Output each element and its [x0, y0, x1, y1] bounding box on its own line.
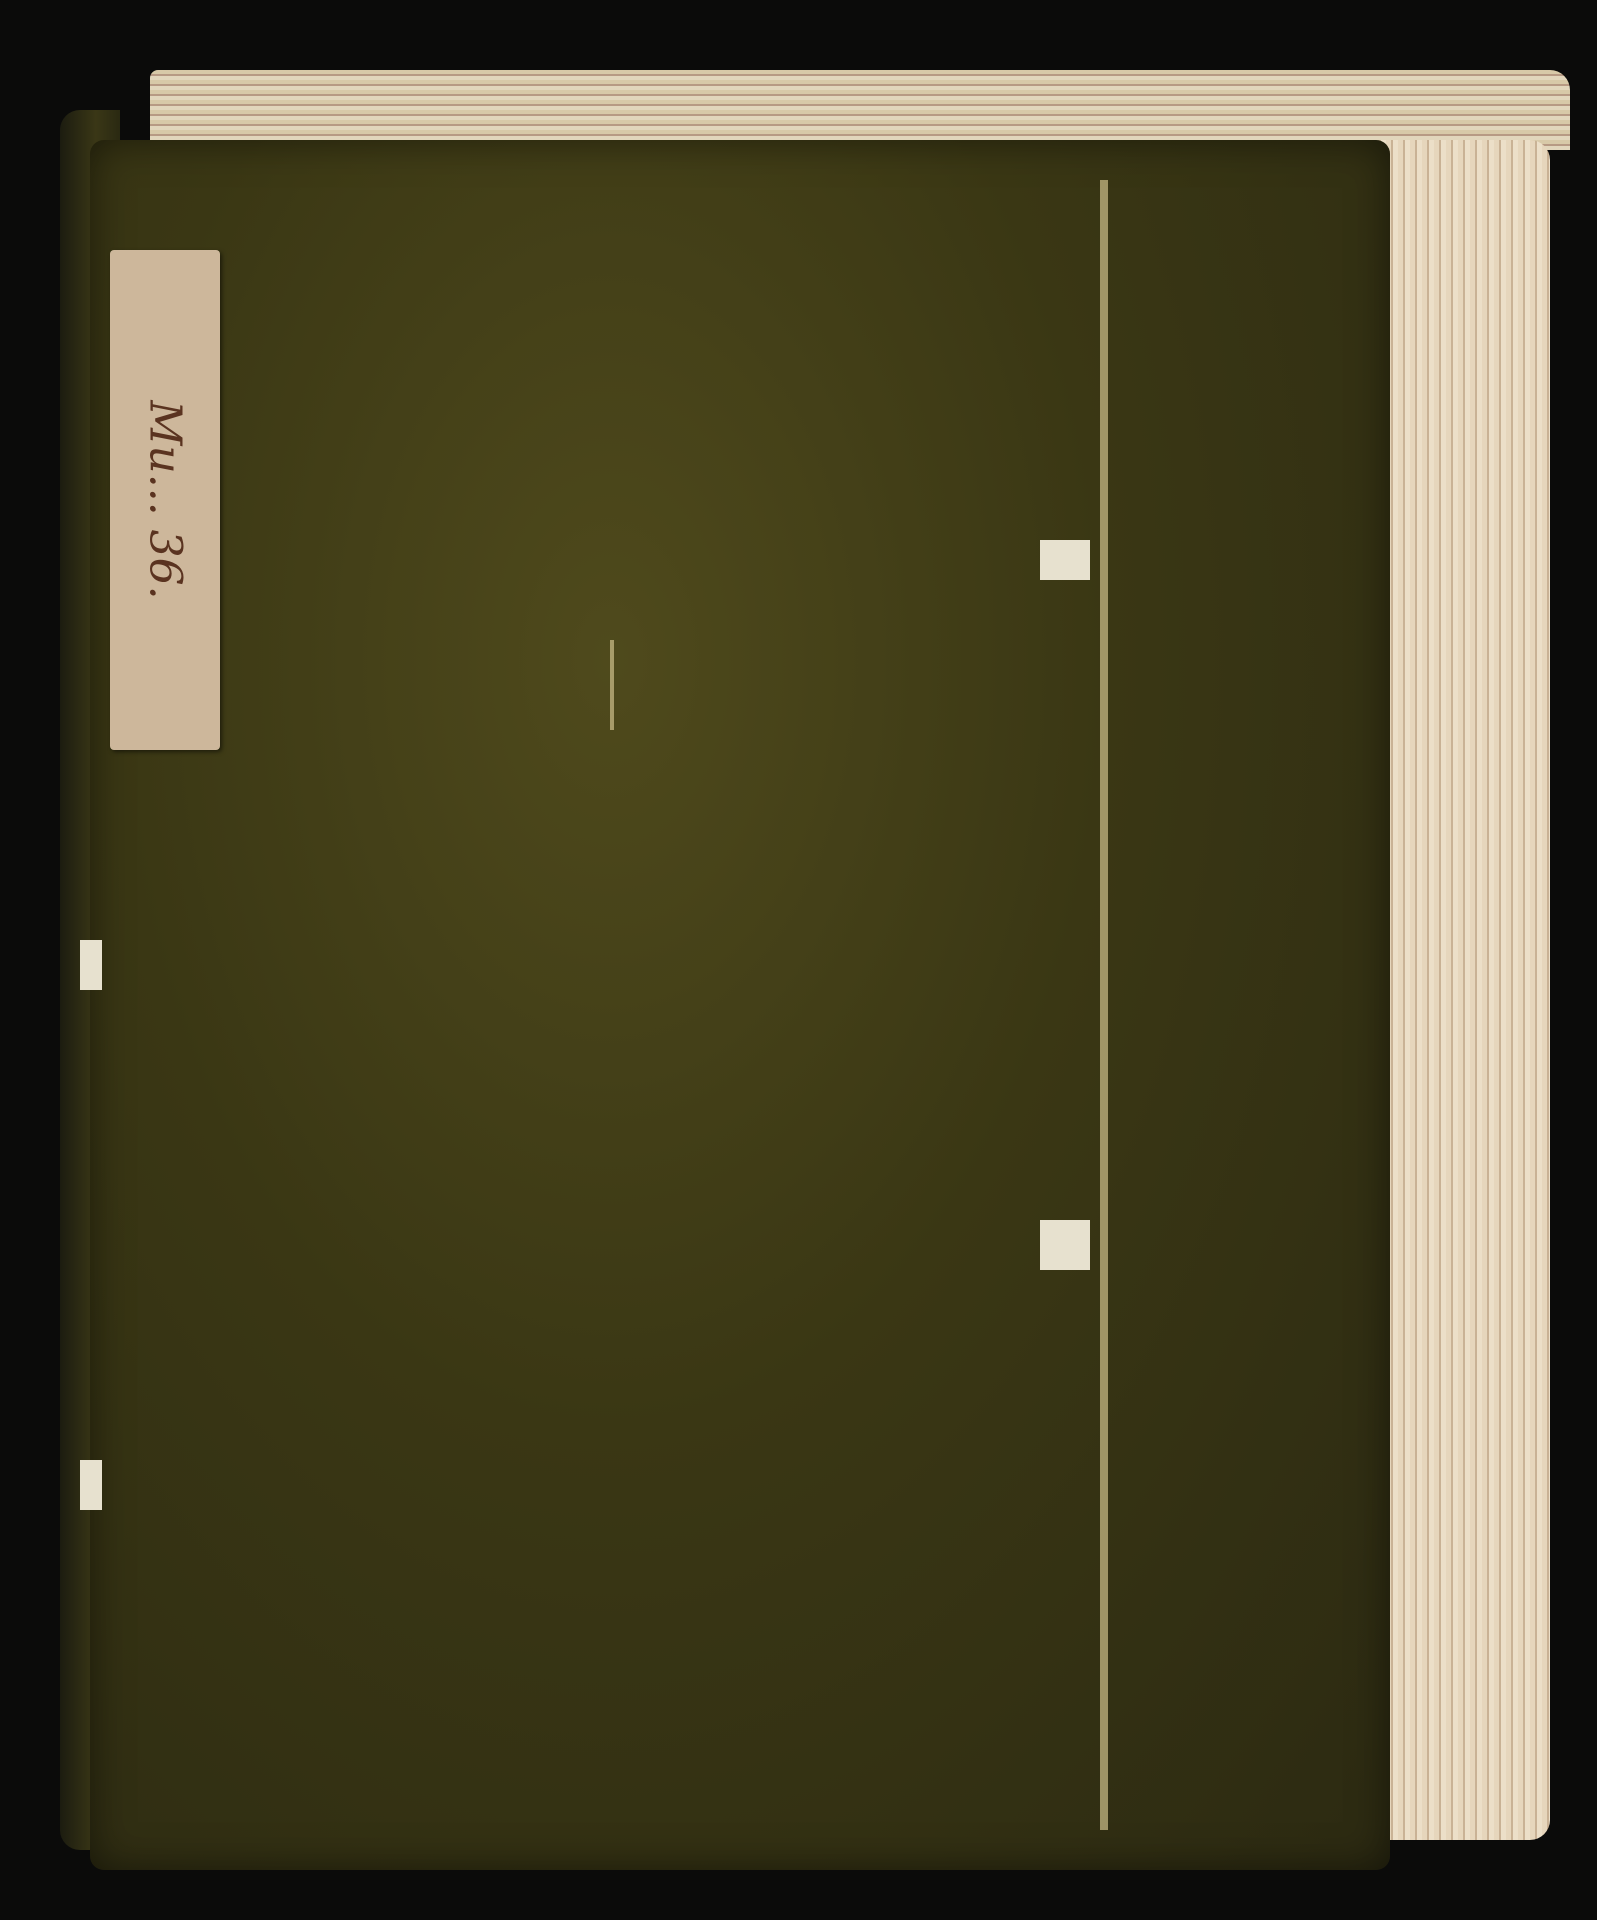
cover-scratch [610, 640, 614, 730]
front-cover [90, 140, 1390, 1870]
top-page-edge [150, 70, 1570, 150]
spine-label-text: Mu... 36. [140, 400, 191, 599]
clasp-remnant-top [1040, 540, 1090, 580]
spine-label: Mu... 36. [110, 250, 220, 750]
clasp-remnant-bottom [1040, 1220, 1090, 1270]
book: Mu... 36. [60, 70, 1550, 1880]
spine-band-1 [80, 940, 102, 990]
cover-edge-wear [1100, 180, 1108, 1830]
spine-band-2 [80, 1460, 102, 1510]
